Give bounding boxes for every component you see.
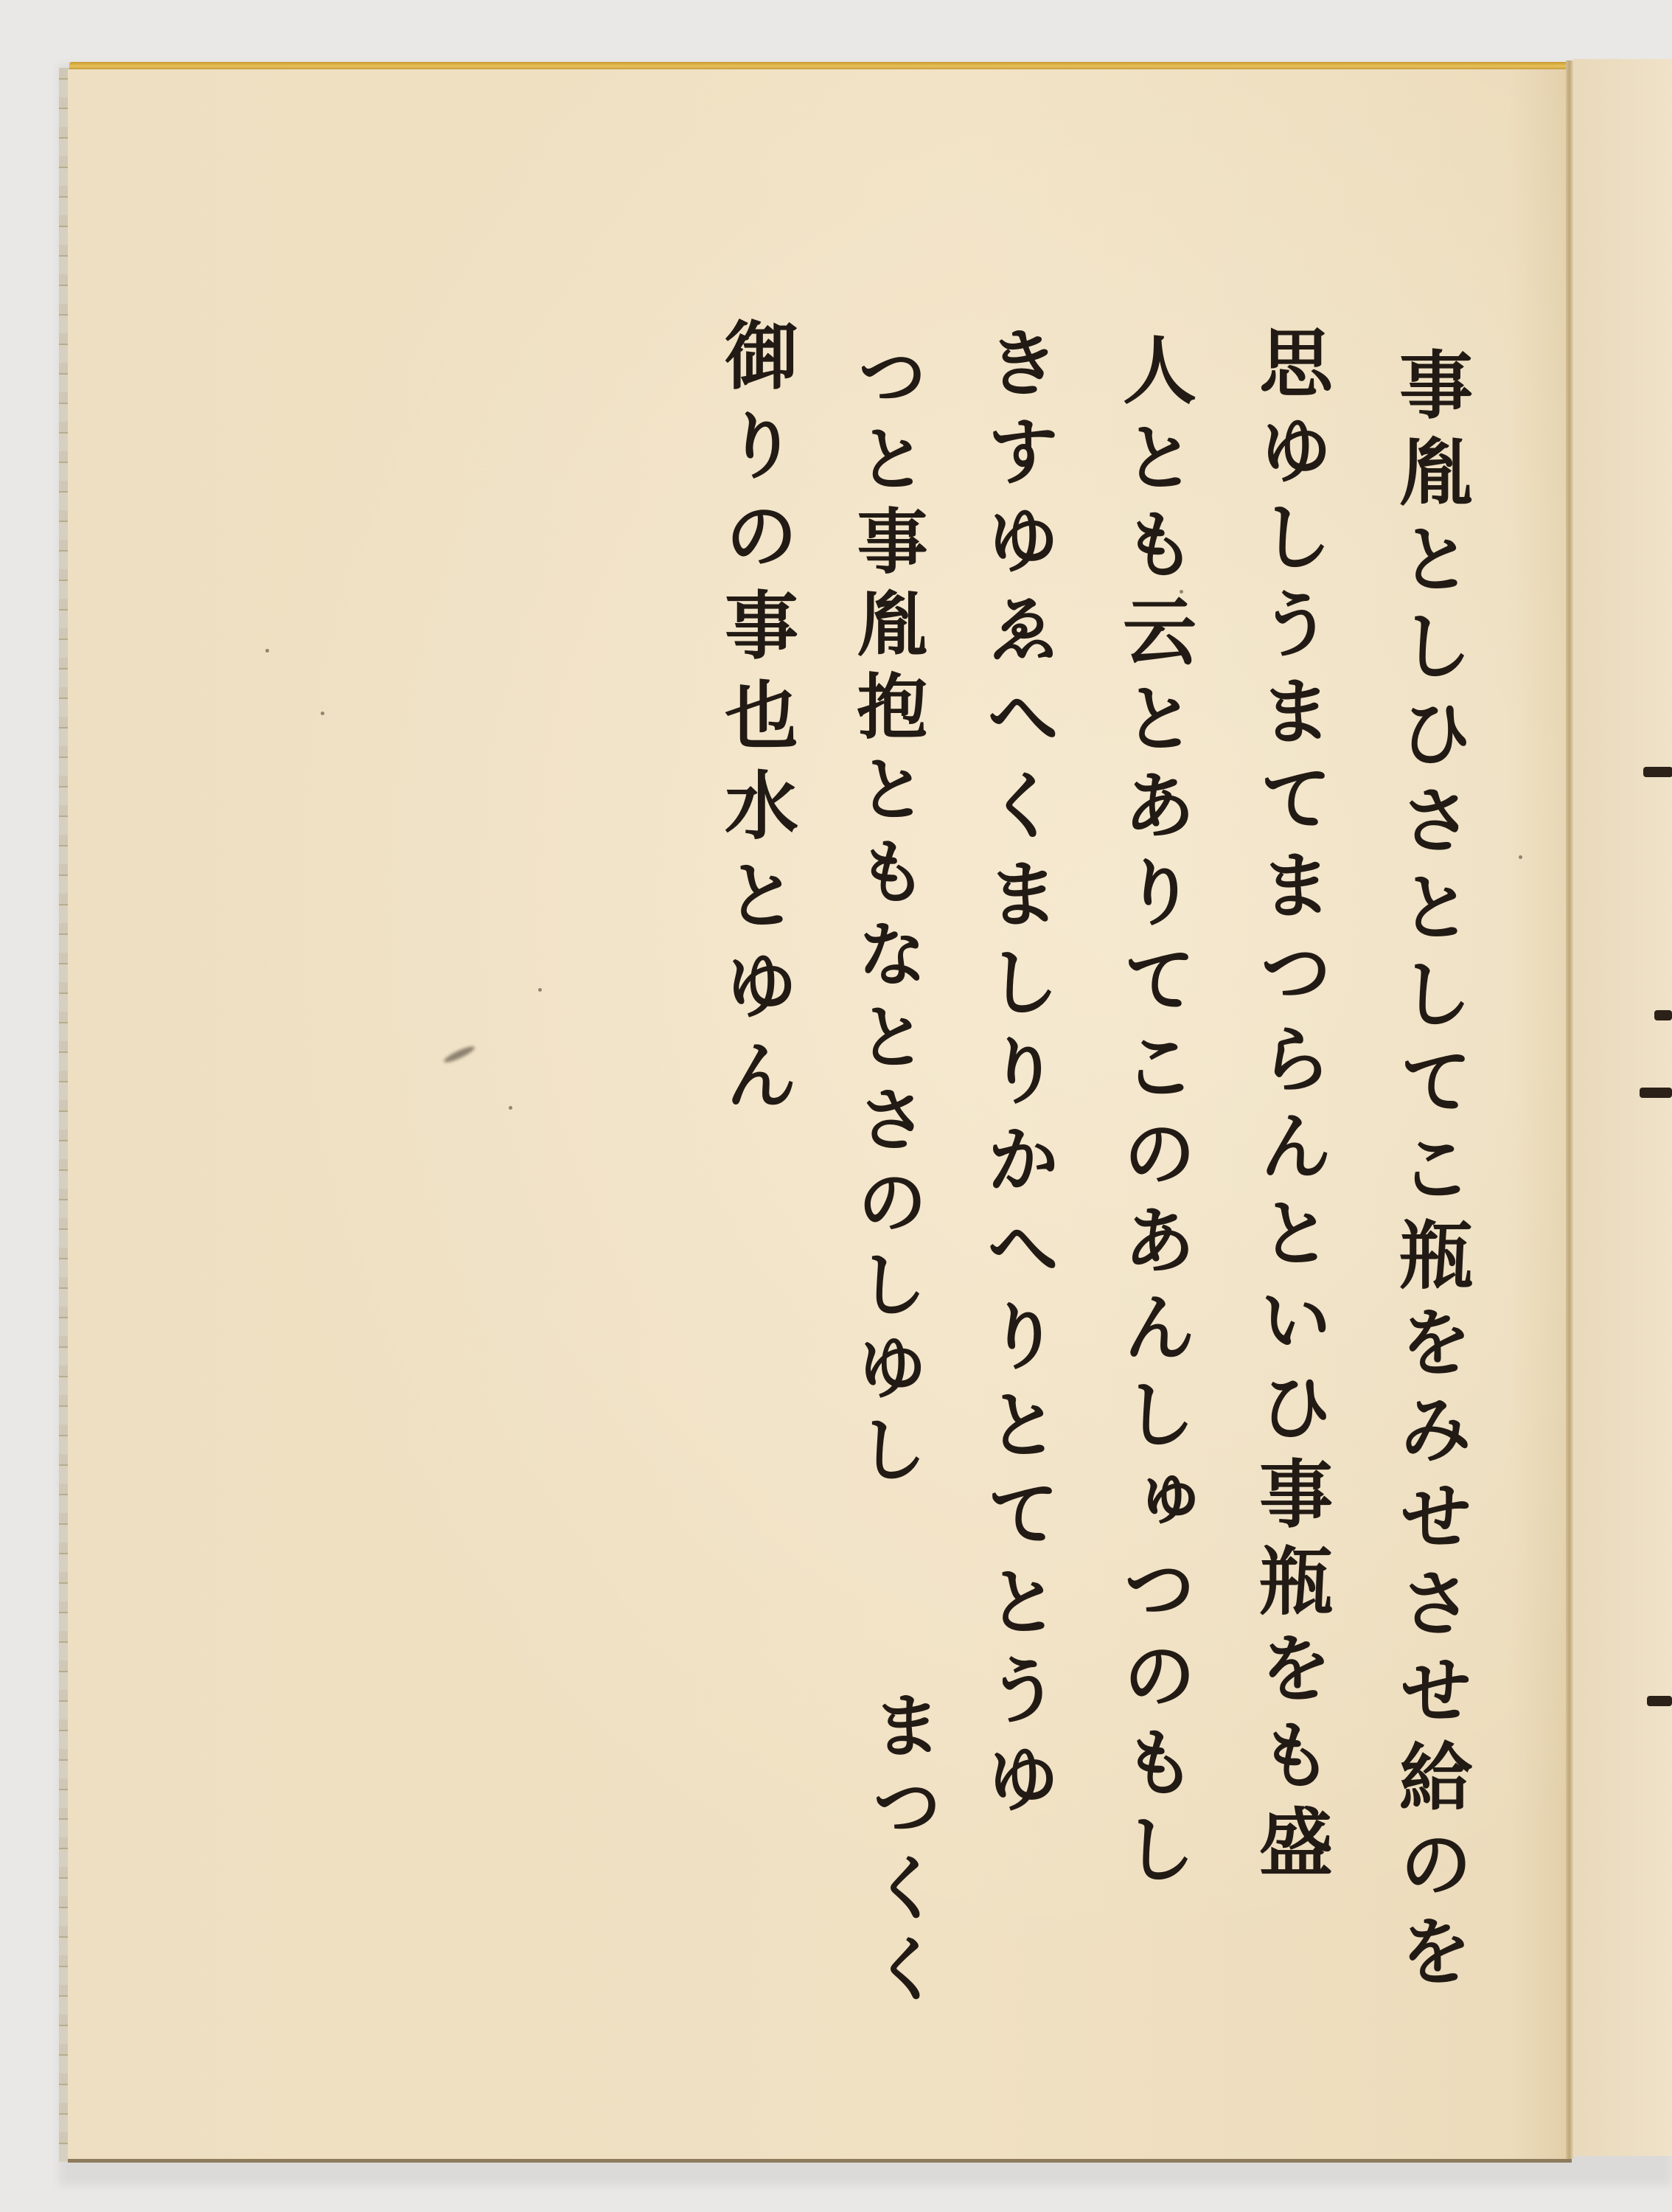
text-column-6: 御りの事也水とゆん — [719, 317, 793, 1127]
paper-speck — [265, 649, 269, 653]
text-column-4: きすゆゑへくましりかへりとてとうゆ — [980, 324, 1054, 1829]
paper-speck — [538, 988, 542, 992]
paper-speck — [509, 1106, 512, 1110]
text-column-5-tail: まつくく — [866, 1688, 937, 2013]
calligraphy-text-block: 事胤としひさとしてこ瓶をみせさせ給のを 思ゆしうまてまつらんといひ事瓶をも盛 人… — [0, 0, 1672, 2212]
paper-speck — [1180, 590, 1183, 594]
text-column-2: 思ゆしうまてまつらんといひ事瓶をも盛 — [1253, 324, 1327, 1891]
paper-speck — [1519, 855, 1522, 859]
text-column-5: つと事胤抱ともなとさのしゆし — [851, 339, 922, 1495]
text-column-3: 人とも云とありてこのあんしゅつのもし — [1117, 332, 1191, 1898]
paper-speck — [321, 712, 324, 715]
text-column-1: 事胤としひさとしてこ瓶をみせさせ給のを — [1393, 347, 1467, 2000]
